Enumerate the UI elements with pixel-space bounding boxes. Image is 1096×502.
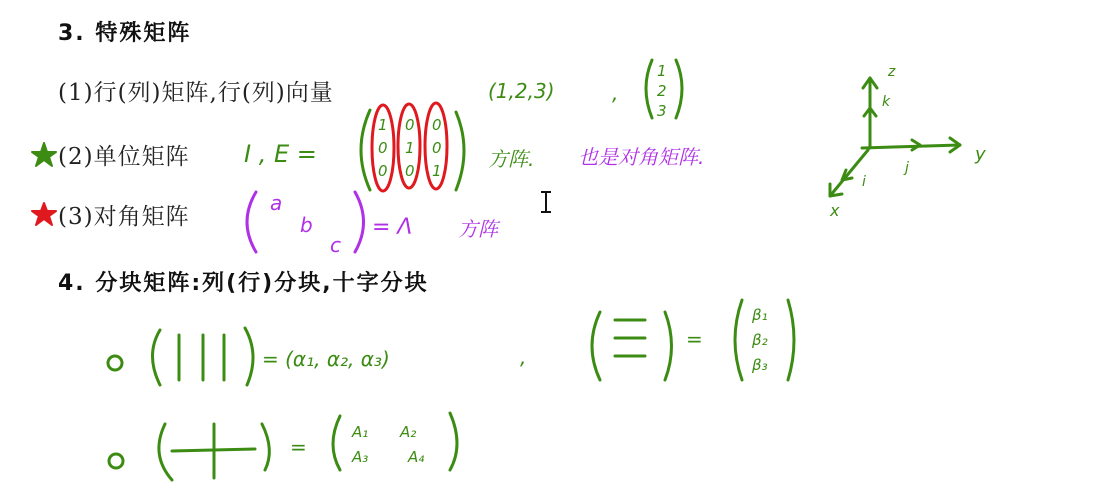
svg-text:1: 1	[405, 139, 415, 157]
svg-text:A₁: A₁	[351, 423, 368, 441]
svg-text:2: 2	[657, 82, 667, 100]
svg-text:I , E =: I , E =	[244, 140, 317, 168]
svg-text:c: c	[330, 233, 341, 257]
identity-diagonal-note: 也是对角矩阵.	[578, 145, 704, 169]
text-cursor-icon	[540, 190, 552, 214]
svg-text:1: 1	[432, 162, 442, 180]
svg-text:i: i	[862, 174, 866, 190]
svg-text:b: b	[300, 213, 313, 237]
svg-text:0: 0	[405, 162, 415, 180]
svg-text:A₄: A₄	[407, 448, 424, 466]
row-vector-annotation: (1,2,3) , 1 2 3	[488, 60, 682, 120]
svg-text:方阵.: 方阵.	[488, 147, 534, 171]
column-block-annotation: = (α₁, α₂, α₃) , = β₁ β₂ β₃	[108, 300, 794, 385]
handwriting-layer: (1,2,3) , 1 2 3 I , E = 1 0 0 0 1 0 0 0 …	[0, 0, 1096, 502]
svg-text:0: 0	[378, 162, 388, 180]
svg-text:1: 1	[657, 62, 667, 80]
svg-text:0: 0	[378, 139, 388, 157]
svg-text:=: =	[290, 435, 307, 459]
svg-text:,: ,	[612, 81, 618, 105]
svg-text:方阵: 方阵	[458, 217, 501, 241]
svg-text:A₂: A₂	[399, 423, 416, 441]
svg-text:= Λ: = Λ	[372, 215, 412, 240]
svg-text:a: a	[270, 191, 282, 215]
svg-text:k: k	[882, 94, 891, 110]
svg-text:β₃: β₃	[751, 356, 768, 374]
svg-text:=: =	[686, 327, 703, 351]
svg-text:1: 1	[378, 116, 388, 134]
diagonal-matrix-annotation: a b c = Λ 方阵	[247, 191, 501, 257]
svg-text:,: ,	[520, 345, 526, 369]
svg-text:A₃: A₃	[351, 448, 368, 466]
svg-text:x: x	[829, 201, 840, 220]
identity-matrix-annotation: I , E = 1 0 0 0 1 0 0 0 1 方阵.	[244, 110, 534, 190]
lecture-slide: 3. 特殊矩阵 (1)行(列)矩阵,行(列)向量 (2)单位矩阵 (3)对角矩阵…	[0, 0, 1096, 502]
coordinate-axes-sketch: z k y j i x	[829, 64, 986, 220]
svg-text:0: 0	[432, 139, 442, 157]
svg-text:y: y	[974, 144, 986, 165]
cross-block-annotation: = A₁ A₂ A₃ A₄	[109, 413, 457, 480]
svg-text:3: 3	[657, 102, 667, 120]
svg-text:z: z	[887, 64, 896, 80]
svg-text:j: j	[903, 160, 909, 176]
svg-text:0: 0	[405, 116, 415, 134]
svg-text:β₂: β₂	[751, 331, 768, 349]
svg-text:= (α₁, α₂, α₃): = (α₁, α₂, α₃)	[262, 347, 390, 371]
svg-text:0: 0	[432, 116, 442, 134]
svg-text:(1,2,3): (1,2,3)	[488, 79, 555, 103]
green-star-icon	[32, 143, 56, 166]
svg-text:β₁: β₁	[751, 306, 768, 324]
red-star-icon	[32, 203, 56, 225]
